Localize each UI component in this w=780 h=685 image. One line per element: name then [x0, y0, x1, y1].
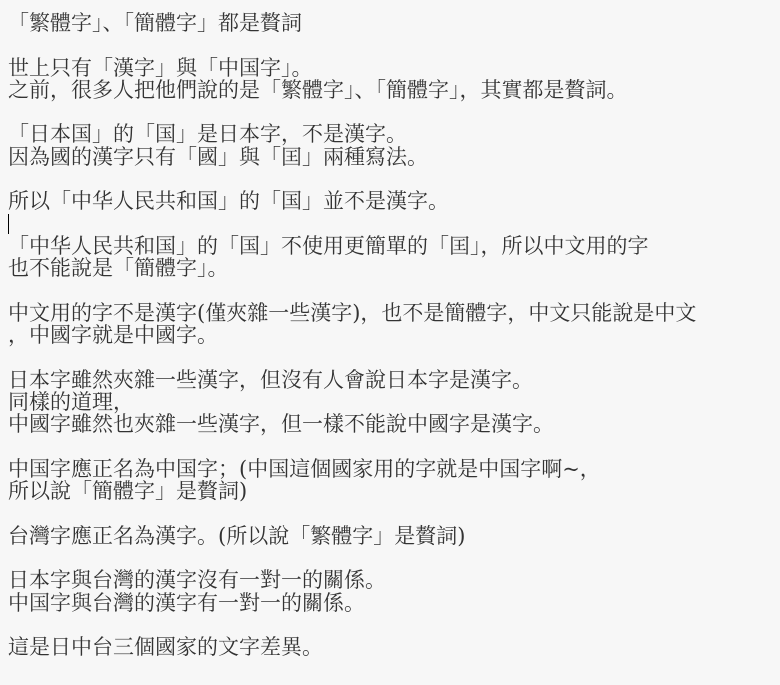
blank-line[interactable]	[8, 346, 774, 368]
text-line[interactable]: 日本字與台灣的漢字沒有一對一的關係。	[8, 569, 774, 591]
text-line[interactable]: 「繁體字」、「簡體字」都是贅詞	[8, 12, 774, 34]
text-line[interactable]: 中国字應正名為中国字；(中国這個國家用的字就是中国字啊~，	[8, 458, 774, 480]
blank-line[interactable]	[8, 547, 774, 569]
text-line[interactable]: 因為國的漢字只有「國」與「囯」兩種寫法。	[8, 146, 774, 168]
blank-line[interactable]	[8, 34, 774, 56]
text-line[interactable]: 也不能說是「簡體字」。	[8, 257, 774, 279]
blank-line[interactable]	[8, 101, 774, 123]
text-line[interactable]: 「日本国」的「国」是日本字，不是漢字。	[8, 123, 774, 145]
text-line[interactable]: 之前，很多人把他們說的是「繁體字」、「簡體字」，其實都是贅詞。	[8, 79, 774, 101]
text-content: 「繁體字」、「簡體字」都是贅詞世上只有「漢字」與「中国字」。之前，很多人把他們說…	[8, 12, 774, 659]
blank-line[interactable]	[8, 280, 774, 302]
text-line[interactable]: 日本字雖然夾雜一些漢字，但沒有人會說日本字是漢字。	[8, 369, 774, 391]
text-line[interactable]: 同樣的道理，	[8, 391, 774, 413]
text-line[interactable]: 所以「中华人民共和国」的「国」並不是漢字。	[8, 190, 774, 212]
caret-line[interactable]	[8, 213, 774, 235]
text-line[interactable]: 台灣字應正名為漢字。(所以說「繁體字」是贅詞)	[8, 525, 774, 547]
text-editor[interactable]: 「繁體字」、「簡體字」都是贅詞世上只有「漢字」與「中国字」。之前，很多人把他們說…	[0, 0, 780, 685]
blank-line[interactable]	[8, 436, 774, 458]
blank-line[interactable]	[8, 168, 774, 190]
blank-line[interactable]	[8, 614, 774, 636]
text-line[interactable]: 所以說「簡體字」是贅詞)	[8, 480, 774, 502]
text-line[interactable]: 中文用的字不是漢字(僅夾雜一些漢字)，也不是簡體字，中文只能說是中文	[8, 302, 774, 324]
text-line[interactable]: 世上只有「漢字」與「中国字」。	[8, 57, 774, 79]
text-line[interactable]: 中国字與台灣的漢字有一對一的關係。	[8, 592, 774, 614]
text-line[interactable]: 中國字雖然也夾雜一些漢字，但一樣不能說中國字是漢字。	[8, 413, 774, 435]
text-cursor	[8, 214, 9, 234]
text-line[interactable]: 「中华人民共和国」的「国」不使用更簡單的「囯」，所以中文用的字	[8, 235, 774, 257]
text-line[interactable]: 這是日中台三個國家的文字差異。	[8, 636, 774, 658]
text-line[interactable]: ，中國字就是中國字。	[8, 324, 774, 346]
blank-line[interactable]	[8, 503, 774, 525]
